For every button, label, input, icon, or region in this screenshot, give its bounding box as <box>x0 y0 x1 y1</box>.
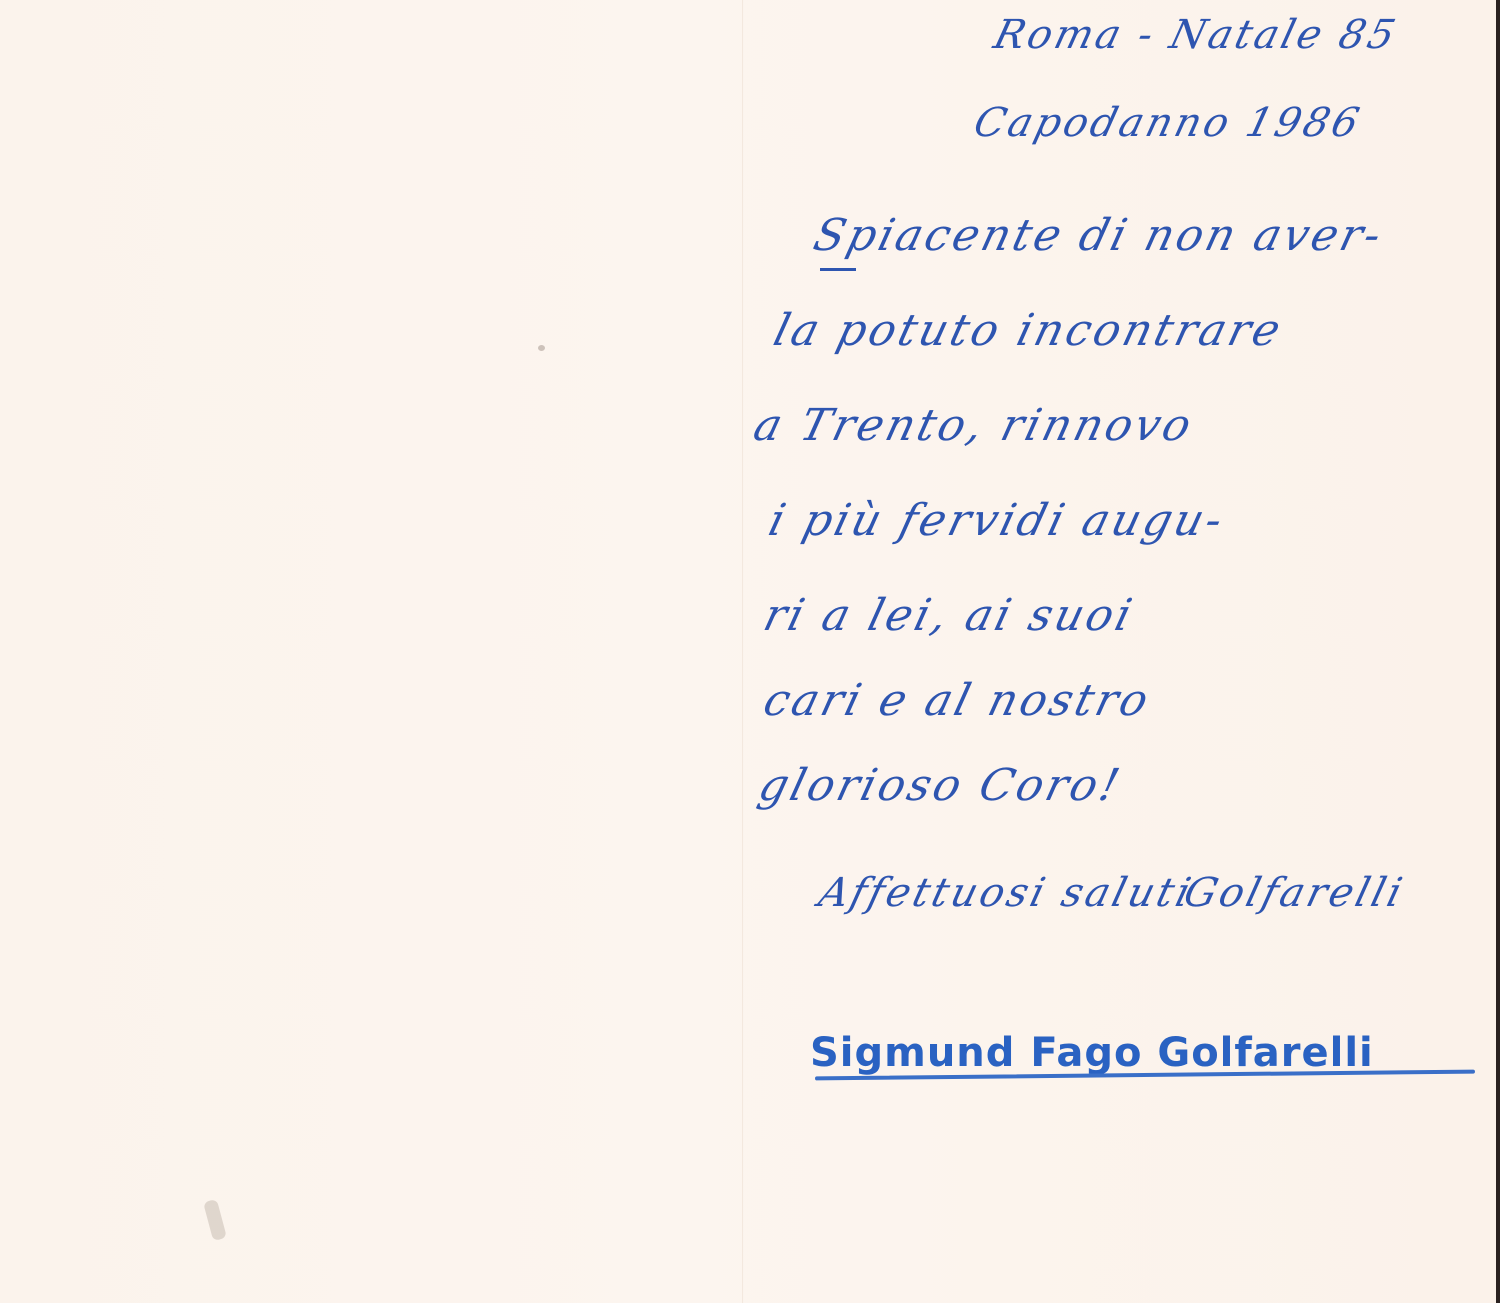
paper-spot <box>538 345 545 351</box>
body-dash <box>820 268 856 271</box>
closing-line: Affettuosi saluti <box>814 870 1198 916</box>
body-line-5: ri a lei, ai suoi <box>759 590 1140 641</box>
printed-name: Sigmund Fago Golfarelli <box>810 1030 1374 1076</box>
fold-line <box>742 0 744 1303</box>
written-right-page: Roma - Natale 85 Capodanno 1986 Spiacent… <box>745 0 1497 1303</box>
letter-place-date: Roma - Natale 85 <box>989 12 1402 58</box>
blank-left-page <box>0 0 743 1303</box>
letter-sheet: Roma - Natale 85 Capodanno 1986 Spiacent… <box>0 0 1500 1303</box>
letter-date-line-2: Capodanno 1986 <box>969 100 1366 146</box>
body-line-3: a Trento, rinnovo <box>749 400 1199 451</box>
body-line-7: glorioso Coro! <box>754 760 1127 811</box>
paper-smudge <box>203 1199 227 1241</box>
handwritten-signature: Golfarelli <box>1179 870 1409 916</box>
body-line-6: cari e al nostro <box>759 675 1157 726</box>
body-line-1: Spiacente di non aver- <box>809 210 1389 261</box>
body-line-4: i più fervidi augu- <box>764 495 1231 546</box>
body-line-2: la potuto incontrare <box>769 305 1289 356</box>
scan-edge <box>1496 0 1500 1303</box>
